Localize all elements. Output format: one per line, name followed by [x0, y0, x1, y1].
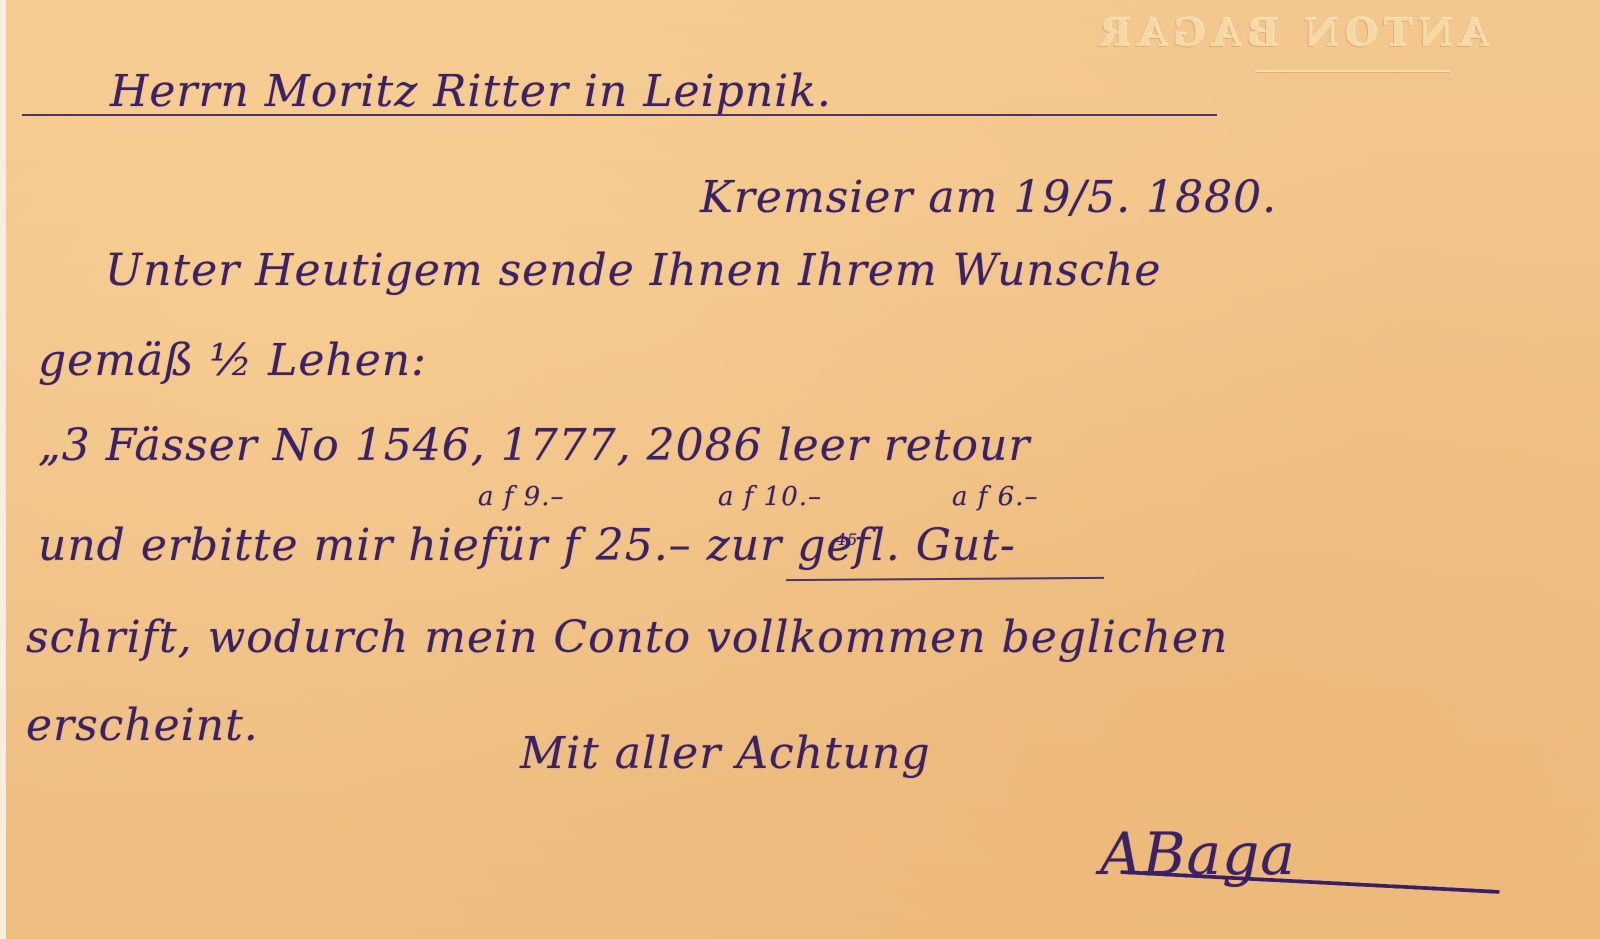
- body-line-2: gemäß ½ Lehen:: [38, 335, 427, 386]
- total-superscript: 45: [836, 530, 858, 549]
- embossed-flourish: [1255, 70, 1450, 72]
- body-line-1: Unter Heutigem sende Ihnen Ihrem Wunsche: [105, 245, 1161, 296]
- address-underline: [22, 114, 1217, 116]
- embossed-stamp: ANTON BAGAR: [1128, 10, 1488, 60]
- closing: Mit aller Achtung: [520, 728, 931, 779]
- price-1777: a f 10.–: [718, 482, 822, 512]
- dateline: Kremsier am 19/5. 1880.: [700, 172, 1277, 223]
- paper-edge: [0, 0, 6, 939]
- total-underline: [786, 577, 1104, 581]
- body-line-3: „3 Fässer No 1546, 1777, 2086 leer retou…: [38, 420, 1030, 471]
- price-1546: a f 9.–: [478, 482, 564, 512]
- price-2086: a f 6.–: [952, 482, 1038, 512]
- postcard: ANTON BAGAR Herrn Moritz Ritter in Leipn…: [0, 0, 1600, 939]
- address-line: Herrn Moritz Ritter in Leipnik.: [110, 66, 832, 117]
- body-line-6: erscheint.: [26, 700, 259, 751]
- body-line-5: schrift, wodurch mein Conto vollkommen b…: [26, 612, 1228, 663]
- body-line-4: und erbitte mir hiefür f 25.– zur gefl. …: [38, 520, 1016, 571]
